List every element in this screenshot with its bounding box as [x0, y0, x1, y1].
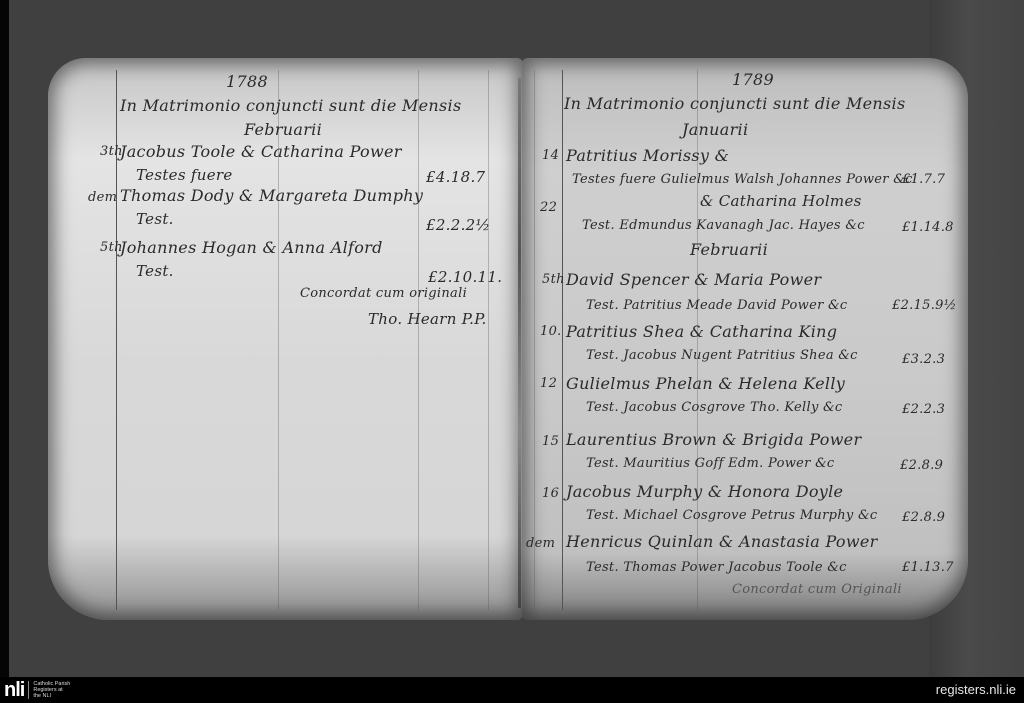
- entry-amount: £2.8.9: [902, 510, 945, 525]
- attestation: Concordat cum originali: [300, 286, 467, 301]
- entry-day: 16: [542, 486, 559, 501]
- entry-names: Jacobus Murphy & Honora Doyle: [566, 482, 843, 501]
- entry-amount: £2.10.11.: [428, 268, 502, 286]
- entry-names: Gulielmus Phelan & Helena Kelly: [566, 374, 845, 393]
- entry-names: Johannes Hogan & Anna Alford: [120, 238, 383, 257]
- logo-divider: [28, 681, 29, 699]
- right-page: 1789 In Matrimonio conjuncti sunt die Me…: [522, 58, 968, 620]
- entry-witness: Test. Thomas Power Jacobus Toole &c: [586, 560, 847, 575]
- page-year: 1788: [226, 72, 268, 91]
- entry-names: Patritius Morissy &: [566, 146, 729, 165]
- entry-amount: £2.2.2½: [426, 216, 490, 234]
- viewer-left-edge: [0, 0, 9, 677]
- entry-amount: £2.15.9½: [892, 298, 957, 313]
- entry-amount: £4.18.7: [426, 168, 485, 186]
- nli-logo[interactable]: nli Catholic Parish Registers at the NLI: [4, 680, 73, 700]
- page-heading: In Matrimonio conjuncti sunt die Mensis: [120, 96, 461, 115]
- entry-witness: Test. Patritius Meade David Power &c: [586, 298, 847, 313]
- nli-logo-mark: nli: [4, 680, 24, 700]
- entry-witness: Test.: [136, 210, 174, 228]
- month-label: Januarii: [682, 120, 748, 139]
- margin-rule: [562, 70, 563, 610]
- entry-amount: £2.2.3: [902, 402, 945, 417]
- entry-names: David Spencer & Maria Power: [566, 270, 821, 289]
- page-year: 1789: [732, 70, 774, 89]
- book-gutter: [518, 78, 521, 608]
- entry-witness: Test. Mauritius Goff Edm. Power &c: [586, 456, 835, 471]
- column-rule: [534, 70, 535, 610]
- entry-names: Thomas Dody & Margareta Dumphy: [120, 186, 423, 205]
- entry-witness: Test. Jacobus Cosgrove Tho. Kelly &c: [586, 400, 842, 415]
- entry-names: Henricus Quinlan & Anastasia Power: [566, 532, 878, 551]
- entry-amount: £2.8.9: [900, 458, 943, 473]
- entry-day: 14: [542, 148, 559, 163]
- entry-witness: Test. Jacobus Nugent Patritius Shea &c: [586, 348, 858, 363]
- entry-day: 15: [542, 434, 559, 449]
- entry-day: 5th: [542, 272, 565, 287]
- logo-caption: Catholic Parish Registers at the NLI: [33, 681, 73, 699]
- entry-witness: Test. Edmundus Kavanagh Jac. Hayes &c: [582, 218, 865, 233]
- page-heading: In Matrimonio conjuncti sunt die Mensis: [564, 94, 905, 113]
- left-page: 1788 In Matrimonio conjuncti sunt die Me…: [48, 58, 523, 620]
- entry-names: Laurentius Brown & Brigida Power: [566, 430, 861, 449]
- entry-amount: £1.13.7: [902, 560, 954, 575]
- site-link[interactable]: registers.nli.ie: [936, 682, 1016, 697]
- entry-amount: £1.7.7: [902, 172, 945, 187]
- logo-caption-line: the NLI: [33, 693, 73, 699]
- signature: Tho. Hearn P.P.: [368, 310, 487, 328]
- entry-witness: Test.: [136, 262, 174, 280]
- month-label: Februarii: [244, 120, 322, 139]
- column-rule: [418, 70, 419, 610]
- register-spread: 1788 In Matrimonio conjuncti sunt die Me…: [48, 58, 968, 620]
- entry-day: dem: [88, 190, 117, 205]
- entry-day: dem: [526, 536, 555, 551]
- entry-day: 12: [540, 376, 557, 391]
- entry-names: Jacobus Toole & Catharina Power: [120, 142, 402, 161]
- month-label: Februarii: [690, 240, 768, 259]
- image-viewer[interactable]: 1788 In Matrimonio conjuncti sunt die Me…: [0, 0, 1024, 677]
- entry-amount: £1.14.8: [902, 220, 954, 235]
- entry-day: 22: [540, 200, 557, 215]
- attestation: Concordat cum Originali: [732, 582, 902, 597]
- column-rule: [488, 70, 489, 610]
- entry-amount: £3.2.3: [902, 352, 945, 367]
- entry-witness: Testes fuere: [136, 166, 233, 184]
- entry-names: Patritius Shea & Catharina King: [566, 322, 837, 341]
- entry-witness: Test. Michael Cosgrove Petrus Murphy &c: [586, 508, 877, 523]
- footer-bar: nli Catholic Parish Registers at the NLI…: [0, 677, 1024, 703]
- entry-day: 10.: [540, 324, 562, 339]
- entry-witness: Testes fuere Gulielmus Walsh Johannes Po…: [572, 172, 913, 187]
- entry-names: & Catharina Holmes: [700, 192, 862, 210]
